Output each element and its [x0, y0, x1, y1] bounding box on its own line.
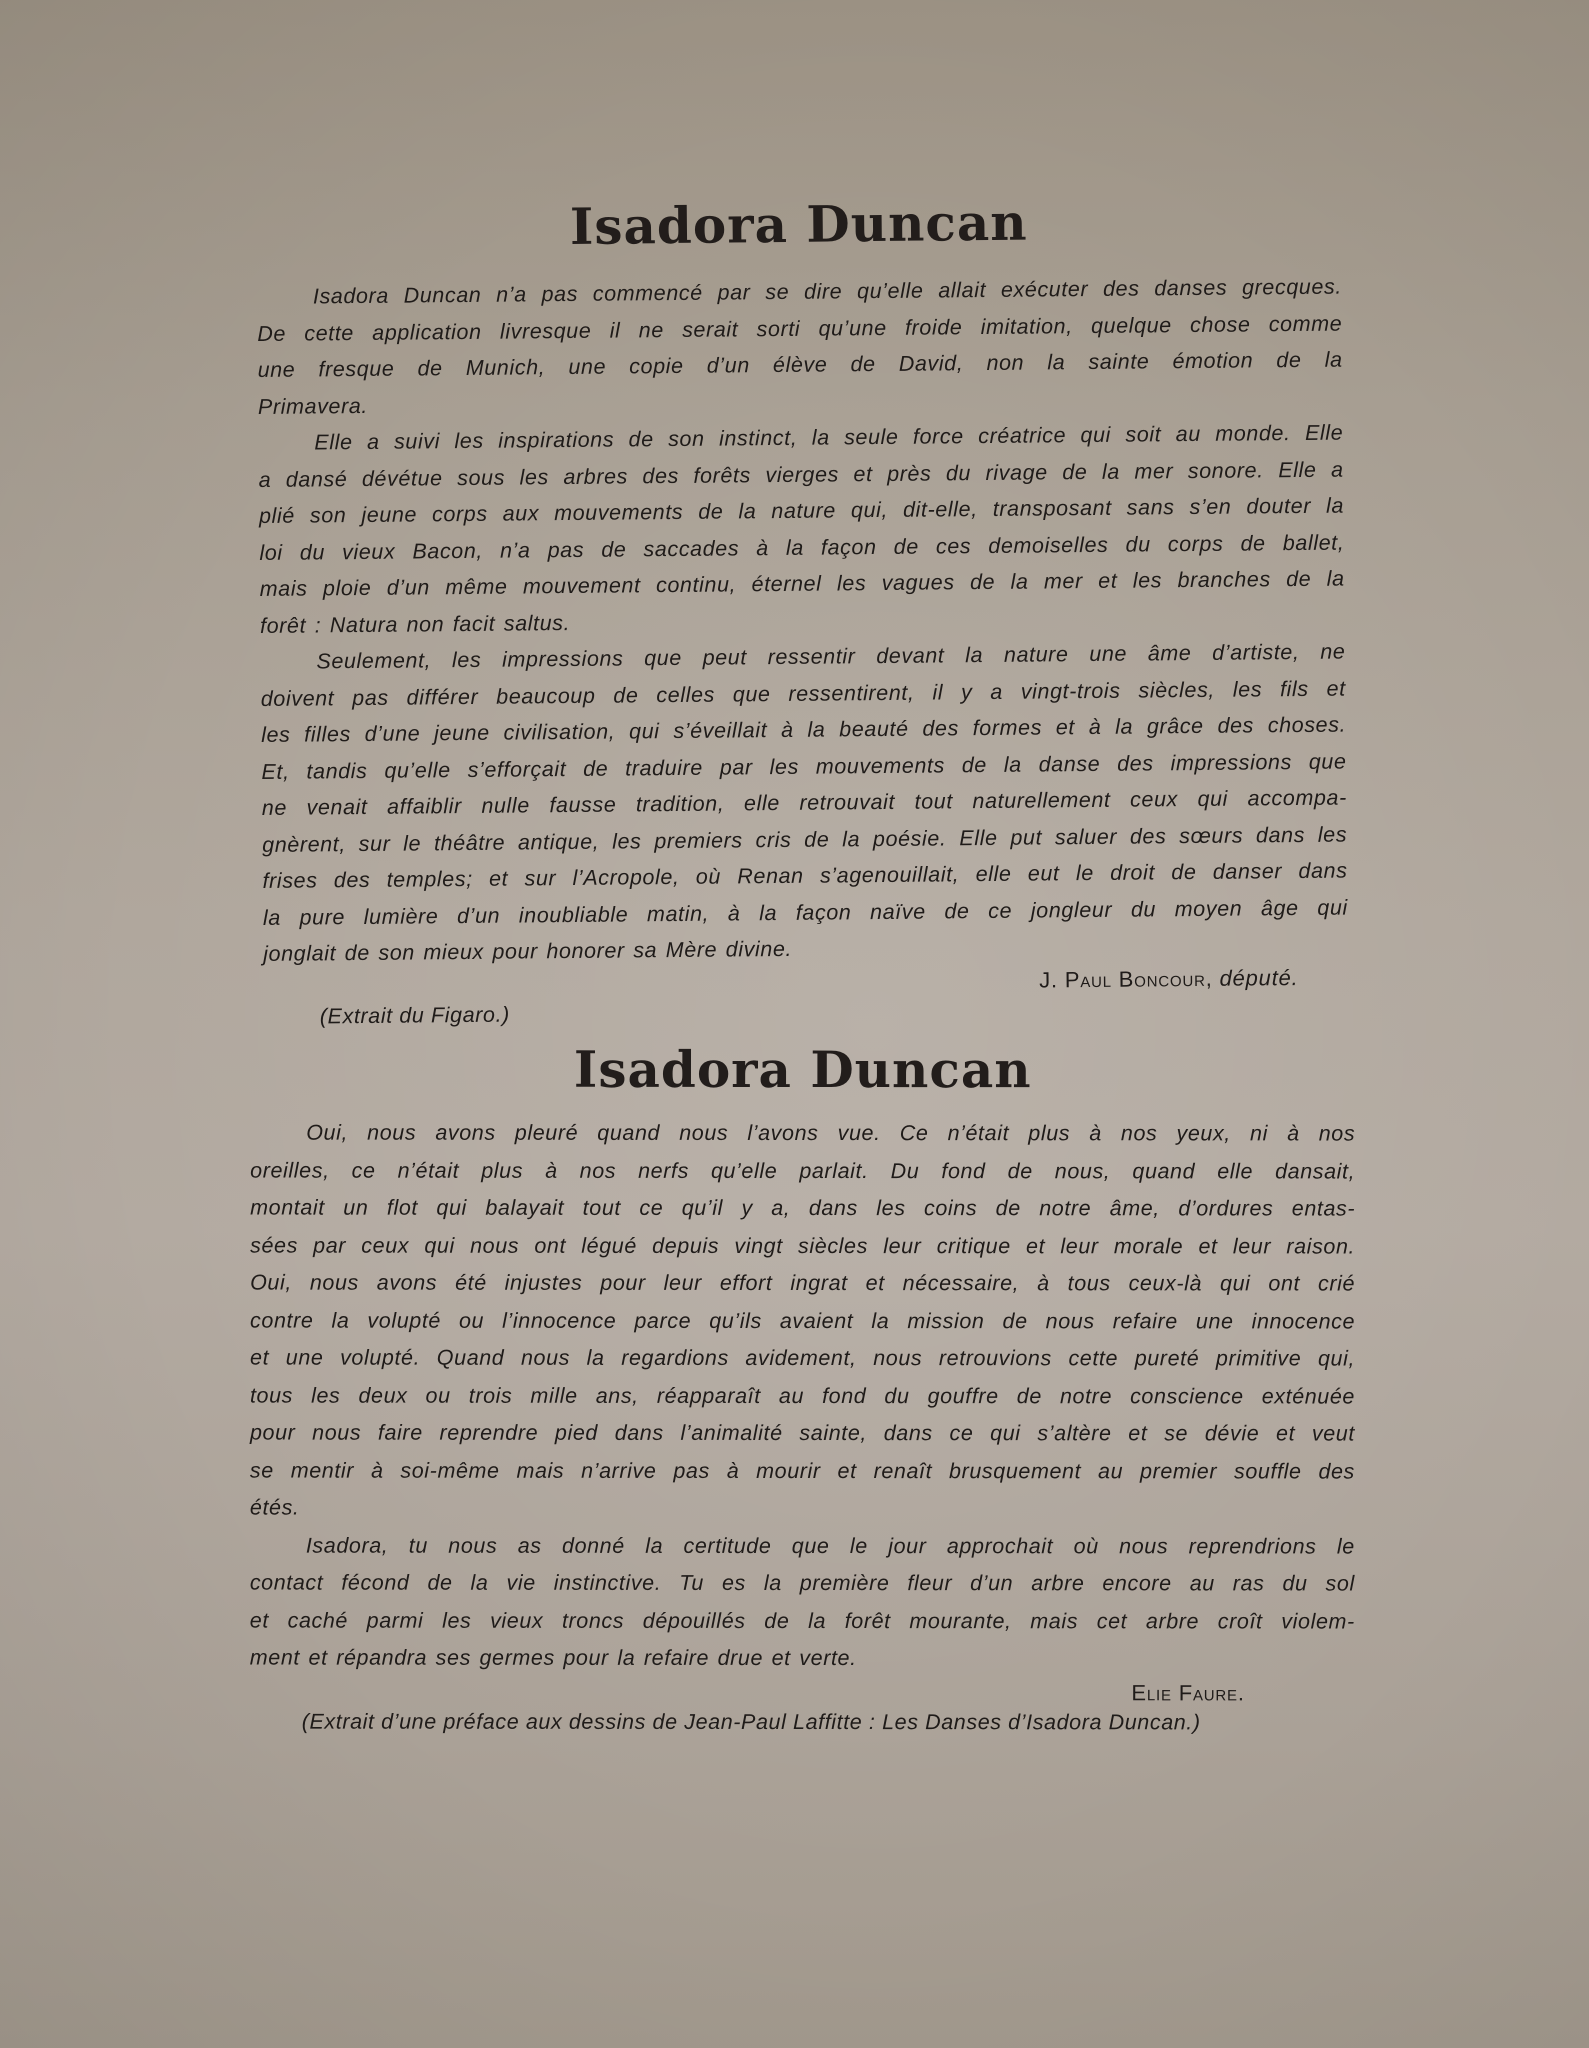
- text-line: contre la volupté ou l’innocence parce q…: [250, 1302, 1355, 1340]
- author-signature: Elie Faure.: [250, 1679, 1245, 1706]
- article-title: Isadora Duncan: [256, 190, 1342, 259]
- text-line: pour nous faire reprendre pied dans l’an…: [250, 1415, 1355, 1453]
- text-line: contact fécond de la vie instinctive. Tu…: [250, 1565, 1355, 1603]
- text-line: et une volupté. Quand nous la regardions…: [250, 1340, 1355, 1378]
- text-line: tous les deux ou trois mille ans, réappa…: [250, 1377, 1355, 1415]
- source-note: (Extrait du Figaro.): [320, 994, 1349, 1029]
- source-note: (Extrait d’une préface aux dessins de Je…: [302, 1709, 1355, 1735]
- article-title: Isadora Duncan: [250, 1040, 1355, 1100]
- article-body: Isadora Duncan n’a pas commencé par se d…: [257, 269, 1349, 973]
- text-line: ment et répandra ses germes pour la refa…: [250, 1640, 1355, 1678]
- author-role: député.: [1212, 965, 1298, 991]
- text-line: et caché parmi les vieux troncs dépouill…: [250, 1602, 1355, 1640]
- text-line: se mentir à soi-même mais n’arrive pas à…: [250, 1452, 1355, 1490]
- article-faure: Isadora Duncan Oui, nous avons pleuré qu…: [250, 1040, 1356, 1735]
- paragraph: Seulement, les impressions que peut ress…: [260, 634, 1348, 973]
- text-line: Oui, nous avons pleuré quand nous l’avon…: [250, 1115, 1355, 1153]
- text-line: Isadora, tu nous as donné la certitude q…: [250, 1527, 1355, 1565]
- author-name: Elie Faure.: [1131, 1680, 1244, 1705]
- paragraph: Isadora, tu nous as donné la certitude q…: [250, 1527, 1355, 1678]
- paragraph: Elle a suivi les inspirations de son ins…: [258, 415, 1345, 644]
- text-line: oreilles, ce n’était plus à nos nerfs qu…: [250, 1152, 1355, 1190]
- text-line: montait un flot qui balayait tout ce qu’…: [250, 1190, 1355, 1228]
- author-name: J. Paul Boncour,: [1039, 965, 1213, 992]
- text-line: Oui, nous avons été injustes pour leur e…: [250, 1265, 1355, 1303]
- text-line: étés.: [250, 1490, 1355, 1528]
- article-body: Oui, nous avons pleuré quand nous l’avon…: [250, 1115, 1355, 1678]
- paragraph: Oui, nous avons pleuré quand nous l’avon…: [250, 1115, 1355, 1528]
- paragraph: Isadora Duncan n’a pas commencé par se d…: [257, 269, 1343, 425]
- article-boncour: Isadora Duncan Isadora Duncan n’a pas co…: [256, 190, 1349, 1030]
- text-line: sées par ceux qui nous ont légué depuis …: [250, 1227, 1355, 1265]
